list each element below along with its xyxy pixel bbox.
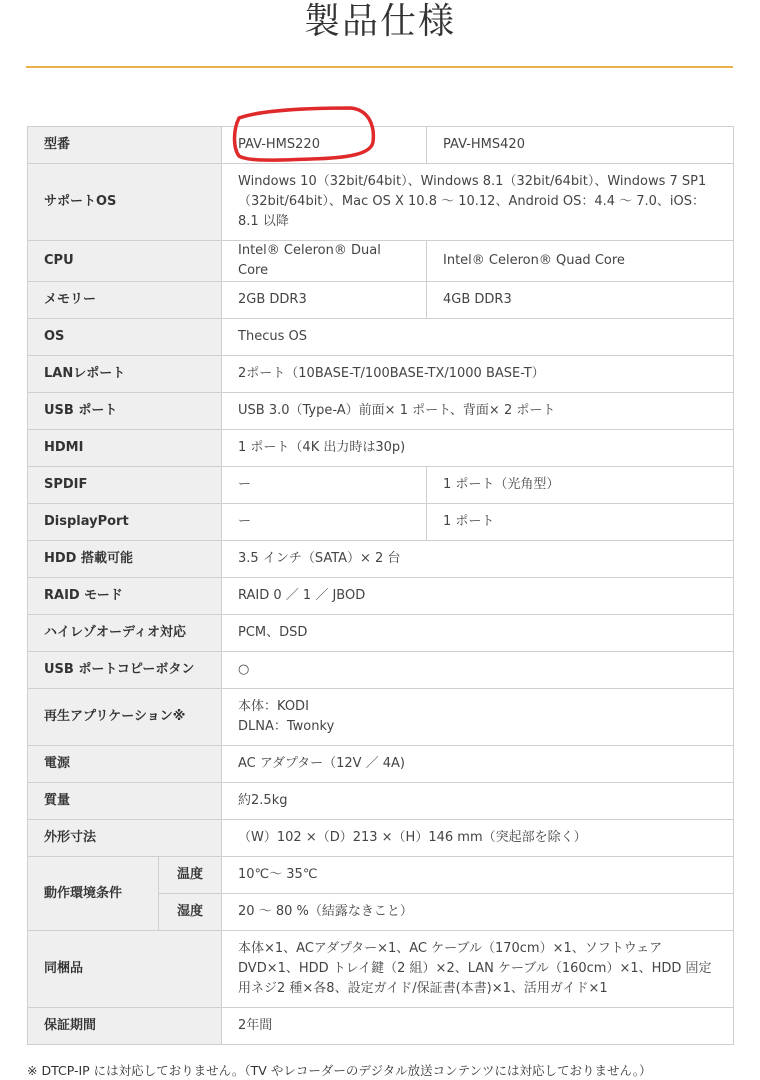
table-row-usb: USB ポート USB 3.0（Type-A）前面× 1 ポート、背面× 2 ポ…	[28, 393, 734, 430]
table-row-cpu: CPU Intel® Celeron® Dual Core Intel® Cel…	[28, 241, 734, 282]
row-value: USB 3.0（Type-A）前面× 1 ポート、背面× 2 ポート	[222, 393, 734, 430]
row-label: HDMI	[28, 430, 222, 467]
model-220: PAV-HMS220	[222, 127, 427, 164]
table-row-temperature: 動作環境条件 温度 10℃～ 35℃	[28, 857, 734, 894]
displayport-220: ー	[222, 504, 427, 541]
row-label: LANレポート	[28, 356, 222, 393]
row-label: USB ポート	[28, 393, 222, 430]
row-value: （W）102 ×（D）213 ×（H）146 mm（突起部を除く）	[222, 820, 734, 857]
row-value: 10℃～ 35℃	[222, 857, 734, 894]
row-value: 約2.5kg	[222, 783, 734, 820]
row-value: 3.5 インチ（SATA）× 2 台	[222, 541, 734, 578]
spdif-220: ー	[222, 467, 427, 504]
row-label: ハイレゾオーディオ対応	[28, 615, 222, 652]
row-label: DisplayPort	[28, 504, 222, 541]
table-row-power: 電源 AC アダプター（12V ／ 4A)	[28, 746, 734, 783]
table-row-hdmi: HDMI 1 ポート（4K 出力時は30p)	[28, 430, 734, 467]
title-divider	[26, 66, 733, 68]
row-value: 20 ～ 80 %（結露なきこと）	[222, 894, 734, 931]
table-row-os: OS Thecus OS	[28, 319, 734, 356]
table-row-dimensions: 外形寸法 （W）102 ×（D）213 ×（H）146 mm（突起部を除く）	[28, 820, 734, 857]
row-value: 2年間	[222, 1008, 734, 1045]
row-value: Windows 10（32bit/64bit）、Windows 8.1（32bi…	[222, 164, 734, 241]
row-label: 質量	[28, 783, 222, 820]
sub-label-temperature: 温度	[159, 857, 222, 894]
memory-220: 2GB DDR3	[222, 282, 427, 319]
row-value: 2ポート（10BASE-T/100BASE-TX/1000 BASE-T）	[222, 356, 734, 393]
row-value: Thecus OS	[222, 319, 734, 356]
row-value: PCM、DSD	[222, 615, 734, 652]
table-row-spdif: SPDIF ー 1 ポート（光角型）	[28, 467, 734, 504]
row-label: USB ポートコピーボタン	[28, 652, 222, 689]
row-label: OS	[28, 319, 222, 356]
table-row-weight: 質量 約2.5kg	[28, 783, 734, 820]
row-value: 本体×1、ACアダプター×1、AC ケーブル（170cm）×1、ソフトウェア D…	[222, 931, 734, 1008]
row-label: 同梱品	[28, 931, 222, 1008]
row-label: サポートOS	[28, 164, 222, 241]
table-row-model: 型番 PAV-HMS220 PAV-HMS420	[28, 127, 734, 164]
table-row-displayport: DisplayPort ー 1 ポート	[28, 504, 734, 541]
displayport-420: 1 ポート	[427, 504, 734, 541]
row-label: RAID モード	[28, 578, 222, 615]
row-label: 電源	[28, 746, 222, 783]
table-row-hires: ハイレゾオーディオ対応 PCM、DSD	[28, 615, 734, 652]
cpu-220: Intel® Celeron® Dual Core	[222, 241, 427, 282]
cpu-420: Intel® Celeron® Quad Core	[427, 241, 734, 282]
memory-420: 4GB DDR3	[427, 282, 734, 319]
page-title: 製品仕様	[0, 0, 760, 48]
table-row-support-os: サポートOS Windows 10（32bit/64bit）、Windows 8…	[28, 164, 734, 241]
table-row-warranty: 保証期間 2年間	[28, 1008, 734, 1045]
row-value: 1 ポート（4K 出力時は30p)	[222, 430, 734, 467]
row-label: 型番	[28, 127, 222, 164]
table-row-hdd: HDD 搭載可能 3.5 インチ（SATA）× 2 台	[28, 541, 734, 578]
spdif-420: 1 ポート（光角型）	[427, 467, 734, 504]
table-row-raid: RAID モード RAID 0 ／ 1 ／ JBOD	[28, 578, 734, 615]
table-row-apps: 再生アプリケーション※ 本体：KODI DLNA：Twonky	[28, 689, 734, 746]
row-label: 外形寸法	[28, 820, 222, 857]
row-label: CPU	[28, 241, 222, 282]
row-value: RAID 0 ／ 1 ／ JBOD	[222, 578, 734, 615]
table-row-lan: LANレポート 2ポート（10BASE-T/100BASE-TX/1000 BA…	[28, 356, 734, 393]
row-value: 本体：KODI DLNA：Twonky	[222, 689, 734, 746]
row-value: AC アダプター（12V ／ 4A)	[222, 746, 734, 783]
row-label: 再生アプリケーション※	[28, 689, 222, 746]
footnote: ※ DTCP-IP には対応しておりません。（TV やレコーダーのデジタル放送コ…	[27, 1061, 651, 1079]
row-label: SPDIF	[28, 467, 222, 504]
row-label: メモリー	[28, 282, 222, 319]
spec-table: 型番 PAV-HMS220 PAV-HMS420 サポートOS Windows …	[27, 126, 734, 1045]
table-row-bundle: 同梱品 本体×1、ACアダプター×1、AC ケーブル（170cm）×1、ソフトウ…	[28, 931, 734, 1008]
row-label: 保証期間	[28, 1008, 222, 1045]
table-row-memory: メモリー 2GB DDR3 4GB DDR3	[28, 282, 734, 319]
row-value: ○	[222, 652, 734, 689]
sub-label-humidity: 湿度	[159, 894, 222, 931]
model-420: PAV-HMS420	[427, 127, 734, 164]
row-label: 動作環境条件	[28, 857, 159, 931]
row-label: HDD 搭載可能	[28, 541, 222, 578]
table-row-usb-copy: USB ポートコピーボタン ○	[28, 652, 734, 689]
